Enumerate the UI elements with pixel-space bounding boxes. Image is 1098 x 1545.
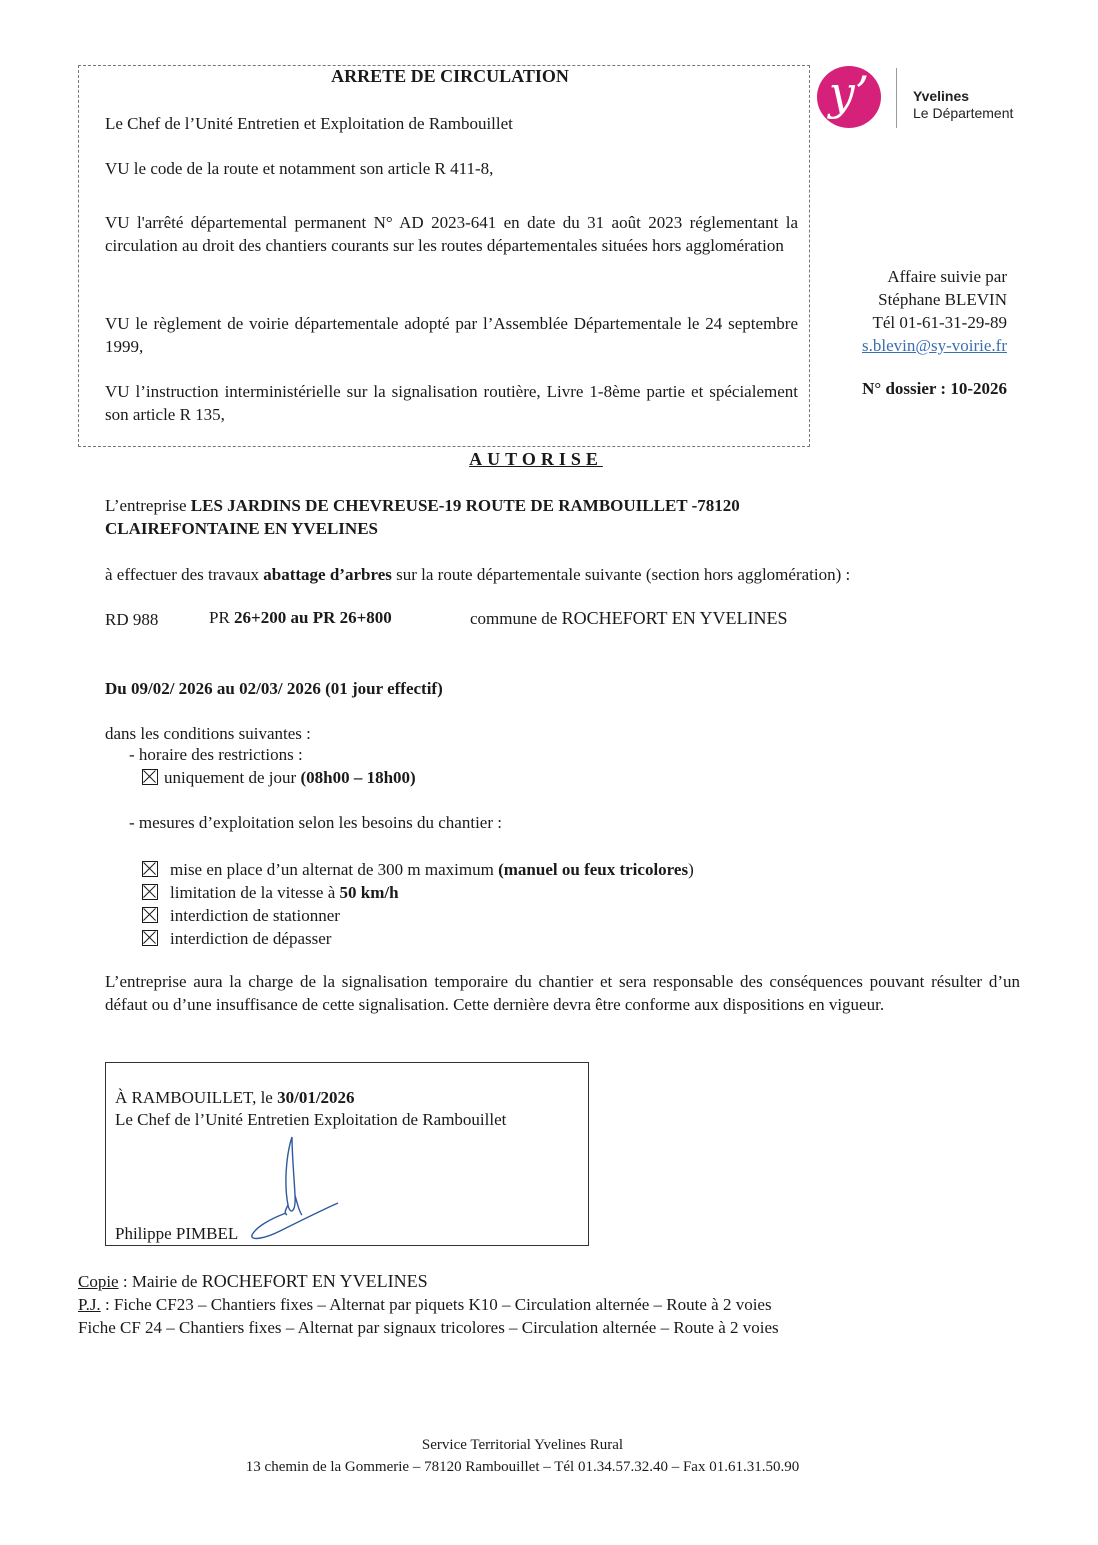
contact-name: Stéphane BLEVIN — [862, 288, 1007, 311]
measure-text: mise en place d’un alternat de 300 m max… — [170, 860, 494, 879]
attachment-label: P.J. — [78, 1295, 101, 1314]
logo-name: Yvelines — [913, 88, 969, 104]
hours-value: (08h00 – 18h00) — [300, 768, 415, 787]
measure-item: interdiction de stationner — [142, 904, 340, 927]
pr-range: PR 26+200 au PR 26+800 — [209, 608, 392, 628]
logo-divider — [896, 68, 897, 128]
document-title: ARRETE DE CIRCULATION — [0, 66, 900, 87]
checked-box-icon[interactable] — [142, 930, 158, 946]
commune-prefix: commune de — [470, 609, 557, 628]
checked-box-icon[interactable] — [142, 884, 158, 900]
legal-basis-3: VU le règlement de voirie départementale… — [105, 312, 798, 358]
measure-text: interdiction de dépasser — [170, 929, 331, 948]
company-name: LES JARDINS DE CHEVREUSE-19 ROUTE DE RAM… — [105, 496, 740, 538]
signature-place-date: À RAMBOUILLET, le 30/01/2026 — [115, 1088, 355, 1108]
checked-box-icon[interactable] — [142, 861, 158, 877]
measure-text: interdiction de stationner — [170, 906, 340, 925]
distribution-block: Copie : Mairie de ROCHEFORT EN YVELINES … — [78, 1270, 779, 1339]
footer-service: Service Territorial Yvelines Rural — [0, 1437, 1045, 1454]
logo-subtitle: Le Département — [913, 105, 1013, 121]
attachment-line-1: P.J. : Fiche CF23 – Chantiers fixes – Al… — [78, 1293, 779, 1316]
measures-label: - mesures d’exploitation selon les besoi… — [129, 813, 502, 833]
contact-label: Affaire suivie par — [862, 265, 1007, 288]
pr-prefix: PR — [209, 608, 230, 627]
commune-name: ROCHEFORT EN YVELINES — [562, 608, 788, 628]
works-line: à effectuer des travaux abattage d’arbre… — [105, 563, 1035, 586]
road-number: RD 988 — [105, 610, 158, 629]
checked-box-icon[interactable] — [142, 907, 158, 923]
signature-date: 30/01/2026 — [277, 1088, 354, 1107]
signature-place: À RAMBOUILLET, le — [115, 1088, 273, 1107]
copy-text: : Mairie de — [123, 1272, 198, 1291]
measure-detail: 50 km/h — [340, 883, 399, 902]
hours-label: - horaire des restrictions : — [129, 745, 303, 765]
issuing-authority: Le Chef de l’Unité Entretien et Exploita… — [105, 112, 798, 135]
contact-block: Affaire suivie par Stéphane BLEVIN Tél 0… — [862, 265, 1007, 357]
measure-detail: (manuel ou feux tricolores — [498, 860, 688, 879]
dossier-number: N° dossier : 10-2026 — [862, 379, 1007, 399]
legal-basis-1: VU le code de la route et notamment son … — [105, 157, 798, 180]
attachment-line-2: Fiche CF 24 – Chantiers fixes – Alternat… — [78, 1316, 779, 1339]
pr-range-value: 26+200 au PR 26+800 — [234, 608, 392, 627]
works-type: abattage d’arbres — [263, 565, 392, 584]
commune: commune de ROCHEFORT EN YVELINES — [470, 608, 788, 629]
conditions-intro: dans les conditions suivantes : — [105, 722, 311, 745]
handwritten-signature-icon — [240, 1135, 350, 1245]
signatory-name: Philippe PIMBEL — [115, 1224, 238, 1244]
legal-basis-4: VU l’instruction interministérielle sur … — [105, 380, 798, 426]
contact-email-link[interactable]: s.blevin@sy-voirie.fr — [862, 336, 1007, 355]
measure-tail: ) — [688, 860, 694, 879]
copy-line: Copie : Mairie de ROCHEFORT EN YVELINES — [78, 1270, 779, 1293]
logo-glyph: y’ — [817, 68, 881, 118]
footer-address: 13 chemin de la Gommerie – 78120 Ramboui… — [0, 1459, 1045, 1476]
hours-item: uniquement de jour (08h00 – 18h00) — [142, 768, 416, 788]
measure-text: limitation de la vitesse à — [170, 883, 335, 902]
hours-item-text: uniquement de jour — [164, 768, 296, 787]
authorization-period: Du 09/02/ 2026 au 02/03/ 2026 (01 jour e… — [105, 677, 443, 700]
signatory-title: Le Chef de l’Unité Entretien Exploitatio… — [115, 1110, 506, 1130]
road-section: RD 988 — [105, 608, 158, 631]
attachment-1: : Fiche CF23 – Chantiers fixes – Alterna… — [105, 1295, 772, 1314]
responsibility-paragraph: L’entreprise aura la charge de la signal… — [105, 970, 1020, 1016]
works-prefix: à effectuer des travaux — [105, 565, 259, 584]
measure-item: mise en place d’un alternat de 300 m max… — [142, 858, 694, 881]
decision-heading: AUTORISE — [0, 449, 1072, 470]
measure-item: interdiction de dépasser — [142, 927, 331, 950]
works-suffix: sur la route départementale suivante (se… — [396, 565, 850, 584]
copy-target: ROCHEFORT EN YVELINES — [202, 1271, 428, 1291]
company-prefix: L’entreprise — [105, 496, 187, 515]
company-line: L’entreprise LES JARDINS DE CHEVREUSE-19… — [105, 494, 885, 540]
copy-label: Copie — [78, 1272, 119, 1291]
legal-basis-2: VU l'arrêté départemental permanent N° A… — [105, 211, 798, 257]
checked-box-icon[interactable] — [142, 769, 158, 785]
contact-phone: Tél 01-61-31-29-89 — [862, 311, 1007, 334]
measure-item: limitation de la vitesse à 50 km/h — [142, 881, 399, 904]
